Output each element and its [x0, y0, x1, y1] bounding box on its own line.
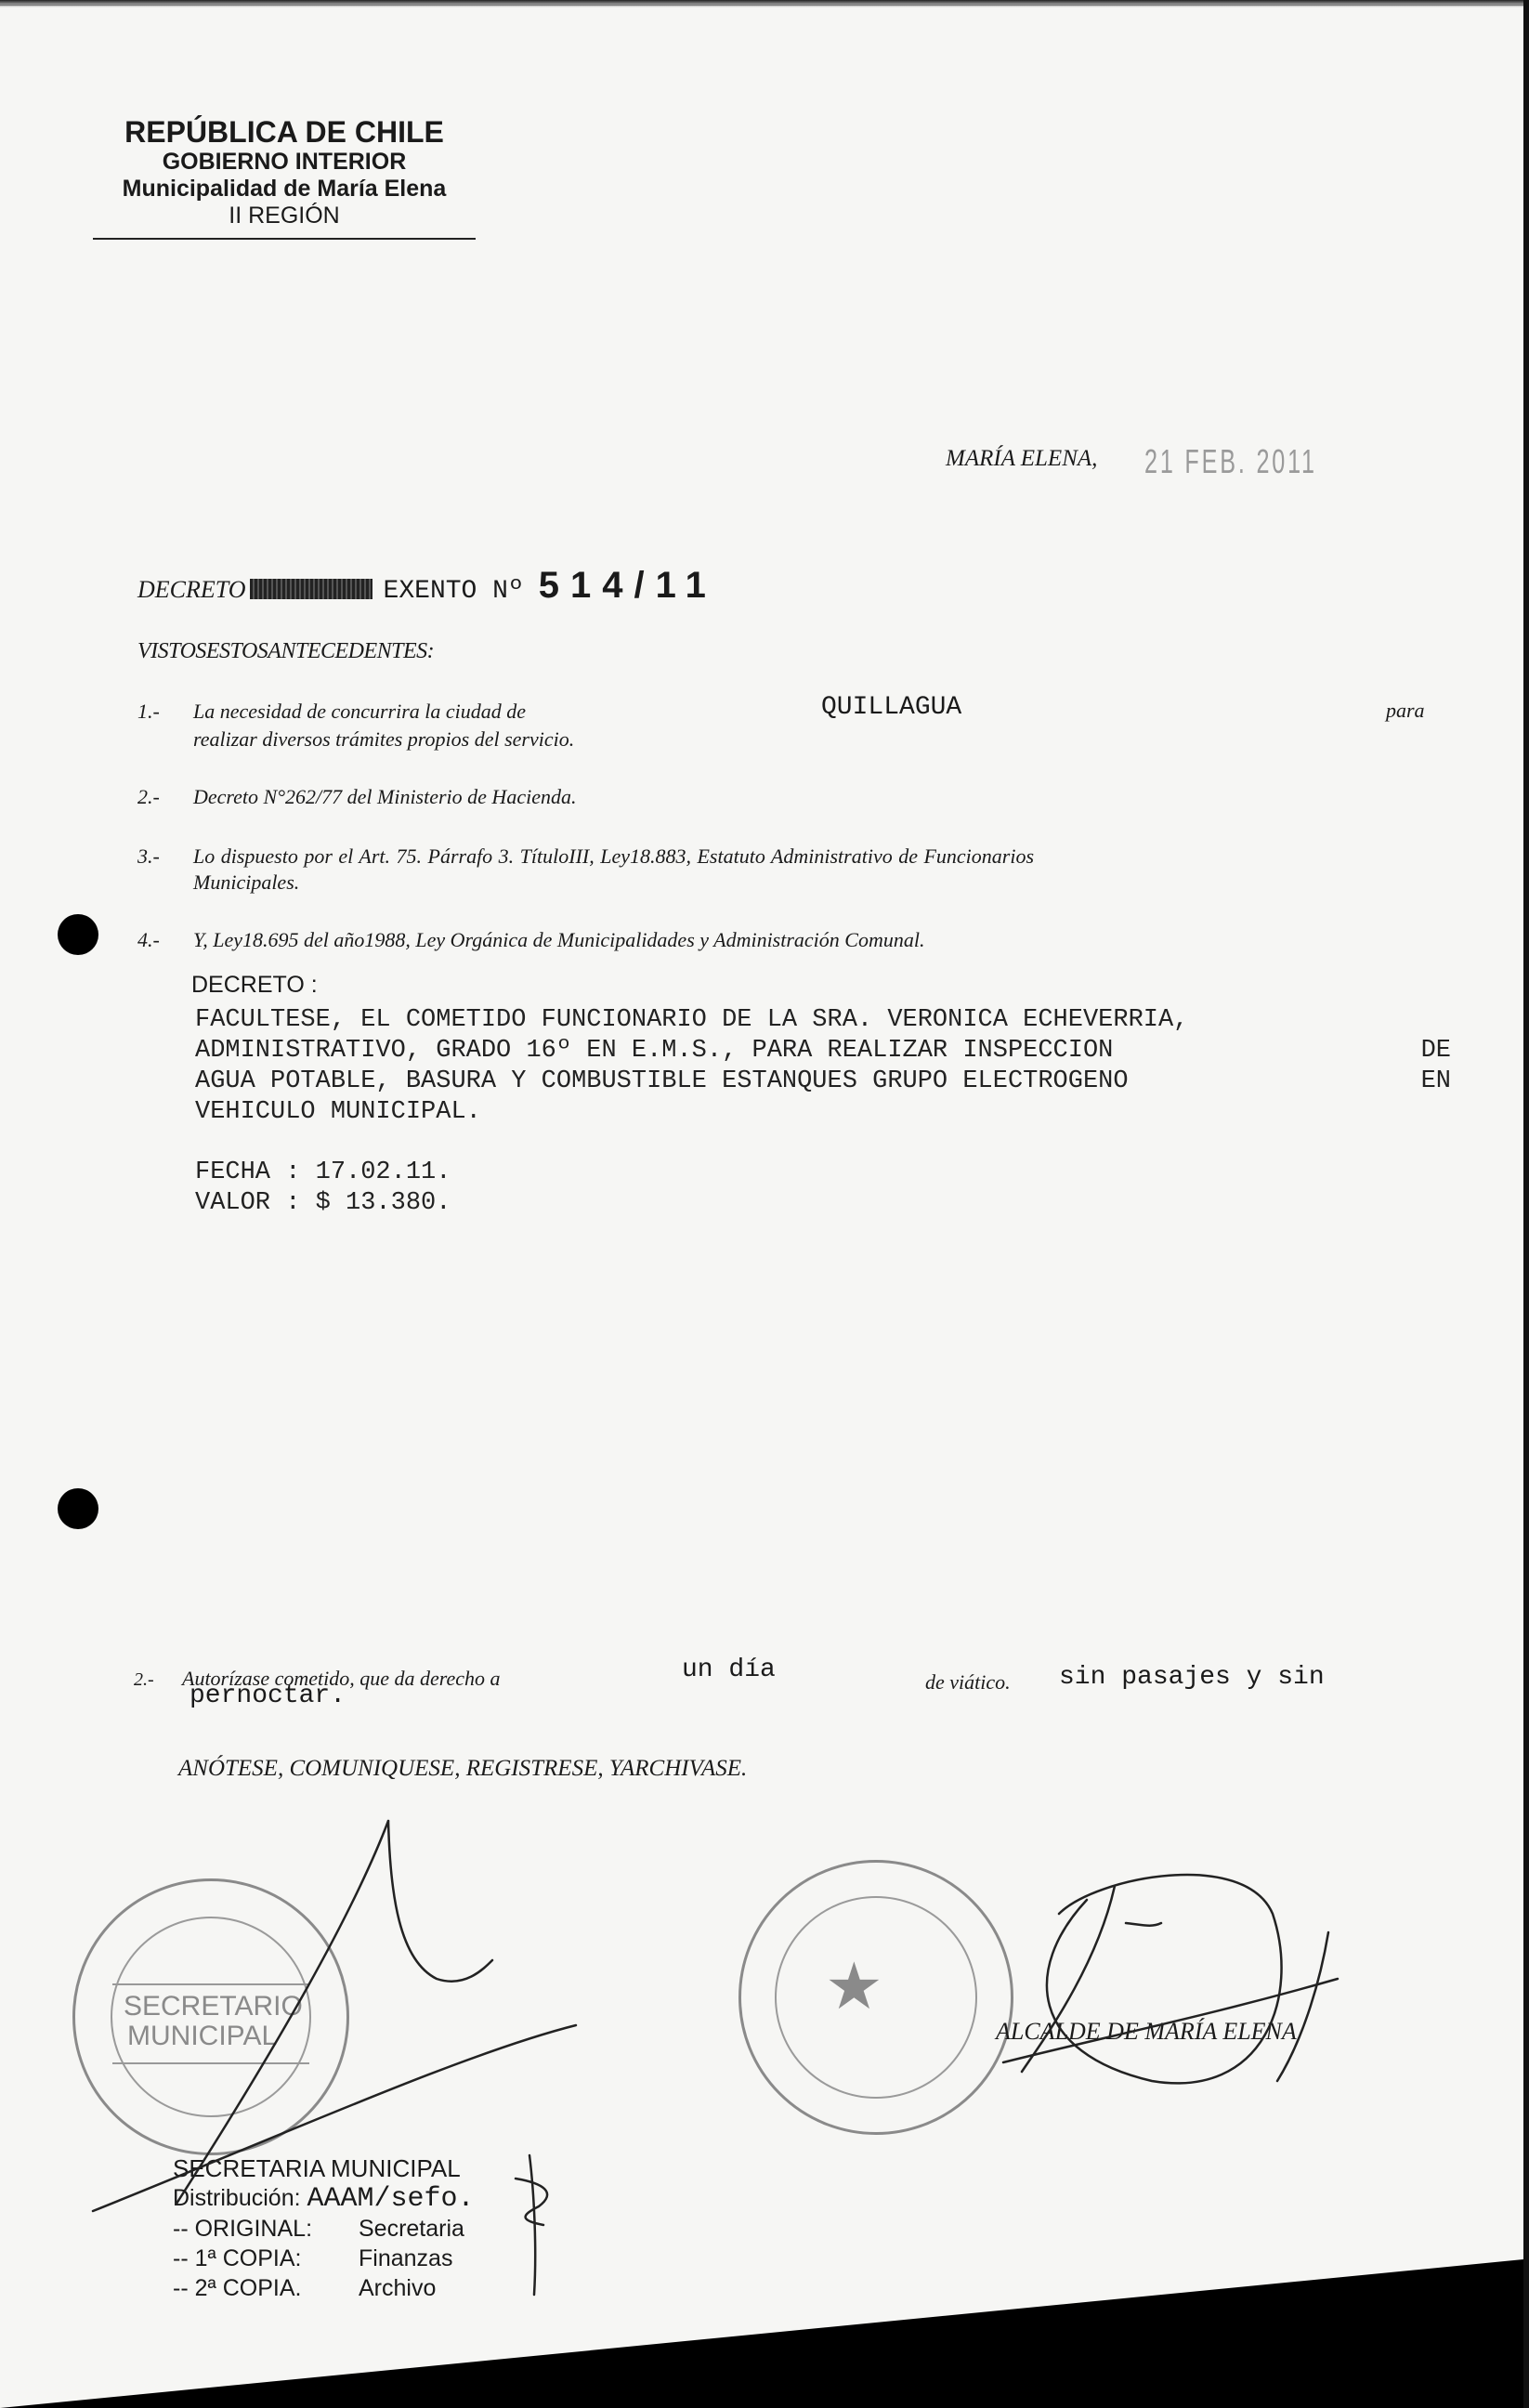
distribution-row: Distribución: AAAM/sefo. [173, 2183, 475, 2214]
resolution-body: FACULTESE, EL COMETIDO FUNCIONARIO DE LA… [195, 1005, 1451, 1128]
authorization-conditions-line2: pernoctar. [189, 1682, 346, 1710]
country-name: REPÚBLICA DE CHILE [93, 115, 476, 149]
scan-right-edge [1523, 0, 1529, 2408]
vistos-item-4-number: 4.- [137, 927, 160, 953]
decree-number-line: DECRETOEXENTO Nº514/11 [137, 565, 717, 607]
letterhead: REPÚBLICA DE CHILE GOBIERNO INTERIOR Mun… [93, 115, 476, 229]
valor-label: VALOR [195, 1189, 270, 1217]
punch-hole [58, 1488, 98, 1529]
resolution-line-3: AGUA POTABLE, BASURA Y COMBUSTIBLE ESTAN… [195, 1067, 1451, 1097]
vistos-item-1-number: 1.- [137, 699, 160, 725]
per-diem-days: un día [682, 1655, 776, 1684]
vistos-item-4-text: Y, Ley18.695 del año1988, Ley Orgánica d… [193, 927, 924, 953]
destination-city: QUILLAGUA [821, 693, 961, 722]
authorization-conditions: sin pasajes y sin [1059, 1663, 1325, 1692]
place-label: MARÍA ELENA, [946, 446, 1097, 472]
fecha-label: FECHA [195, 1158, 270, 1186]
vistos-item-3-number: 3.- [137, 844, 160, 870]
authorization-number: 2.- [134, 1667, 154, 1693]
fecha-row: FECHA : 17.02.11. [195, 1158, 451, 1188]
initials: AAAM/sefo. [307, 2183, 475, 2215]
punch-hole [58, 914, 98, 955]
letterhead-rule [93, 238, 476, 240]
date-stamp: 21 FEB. 2011 [1144, 442, 1317, 481]
seal-center-line-2: MUNICIPAL [127, 2021, 277, 2052]
seal-center-line-1: SECRETARIO [124, 1991, 303, 2022]
vistos-item-3-text: Lo dispuesto por el Art. 75. Párrafo 3. … [193, 844, 1034, 870]
secretary-title: SECRETARIA MUNICIPAL [173, 2153, 475, 2183]
scan-top-edge [0, 0, 1529, 7]
resolution-line-4: VEHICULO MUNICIPAL. [195, 1097, 1451, 1128]
mayor-seal: ★ [738, 1860, 1013, 2135]
viatico-label: de viático. [925, 1670, 1011, 1695]
resolution-line-1: FACULTESE, EL COMETIDO FUNCIONARIO DE LA… [195, 1005, 1451, 1036]
closing-formula: ANÓTESE, COMUNIQUESE, REGISTRESE, YARCHI… [178, 1756, 747, 1782]
resolution-heading: DECRETO : [191, 972, 318, 999]
decree-number: 514/11 [539, 565, 717, 606]
distribution-original: -- ORIGINAL:Secretaria [173, 2214, 475, 2244]
coat-of-arms-icon: ★ [825, 1948, 883, 2024]
vistos-item-2-text: Decreto N°262/77 del Ministerio de Hacie… [193, 784, 576, 810]
decree-type: EXENTO Nº [384, 577, 524, 606]
vistos-item-1-text: La necesidad de concurrira la ciudad de [193, 699, 526, 725]
decree-prefix: DECRETO [137, 576, 246, 603]
vistos-item-1-para: para [1386, 699, 1425, 723]
fecha-value: 17.02.11. [316, 1158, 451, 1186]
valor-row: VALOR : $ 13.380. [195, 1188, 451, 1219]
redacted-text [250, 579, 372, 599]
mayor-title: ALCALDE DE MARÍA ELENA [996, 2018, 1297, 2046]
resolution-line-2: ADMINISTRATIVO, GRADO 16º EN E.M.S., PAR… [195, 1036, 1451, 1067]
valor-value: $ 13.380. [316, 1189, 451, 1217]
region-name: II REGIÓN [93, 203, 476, 229]
secretary-seal: SECRETARIO MUNICIPAL [72, 1878, 349, 2155]
vistos-item-3-line2: Municipales. [193, 870, 299, 896]
vistos-heading: VISTOSESTOSANTECEDENTES: [137, 639, 434, 664]
secretary-block: SECRETARIA MUNICIPAL Distribución: AAAM/… [173, 2153, 475, 2303]
distribution-copy-2: -- 2ª COPIA.Archivo [173, 2273, 475, 2303]
vistos-item-1-line2: realizar diversos trámites propios del s… [193, 726, 574, 752]
document-page: REPÚBLICA DE CHILE GOBIERNO INTERIOR Mun… [0, 6, 1523, 2408]
government-name: GOBIERNO INTERIOR [93, 149, 476, 176]
distribution-copy-1: -- 1ª COPIA:Finanzas [173, 2244, 475, 2273]
vistos-item-2-number: 2.- [137, 784, 160, 810]
municipality-name: Municipalidad de María Elena [93, 176, 476, 203]
